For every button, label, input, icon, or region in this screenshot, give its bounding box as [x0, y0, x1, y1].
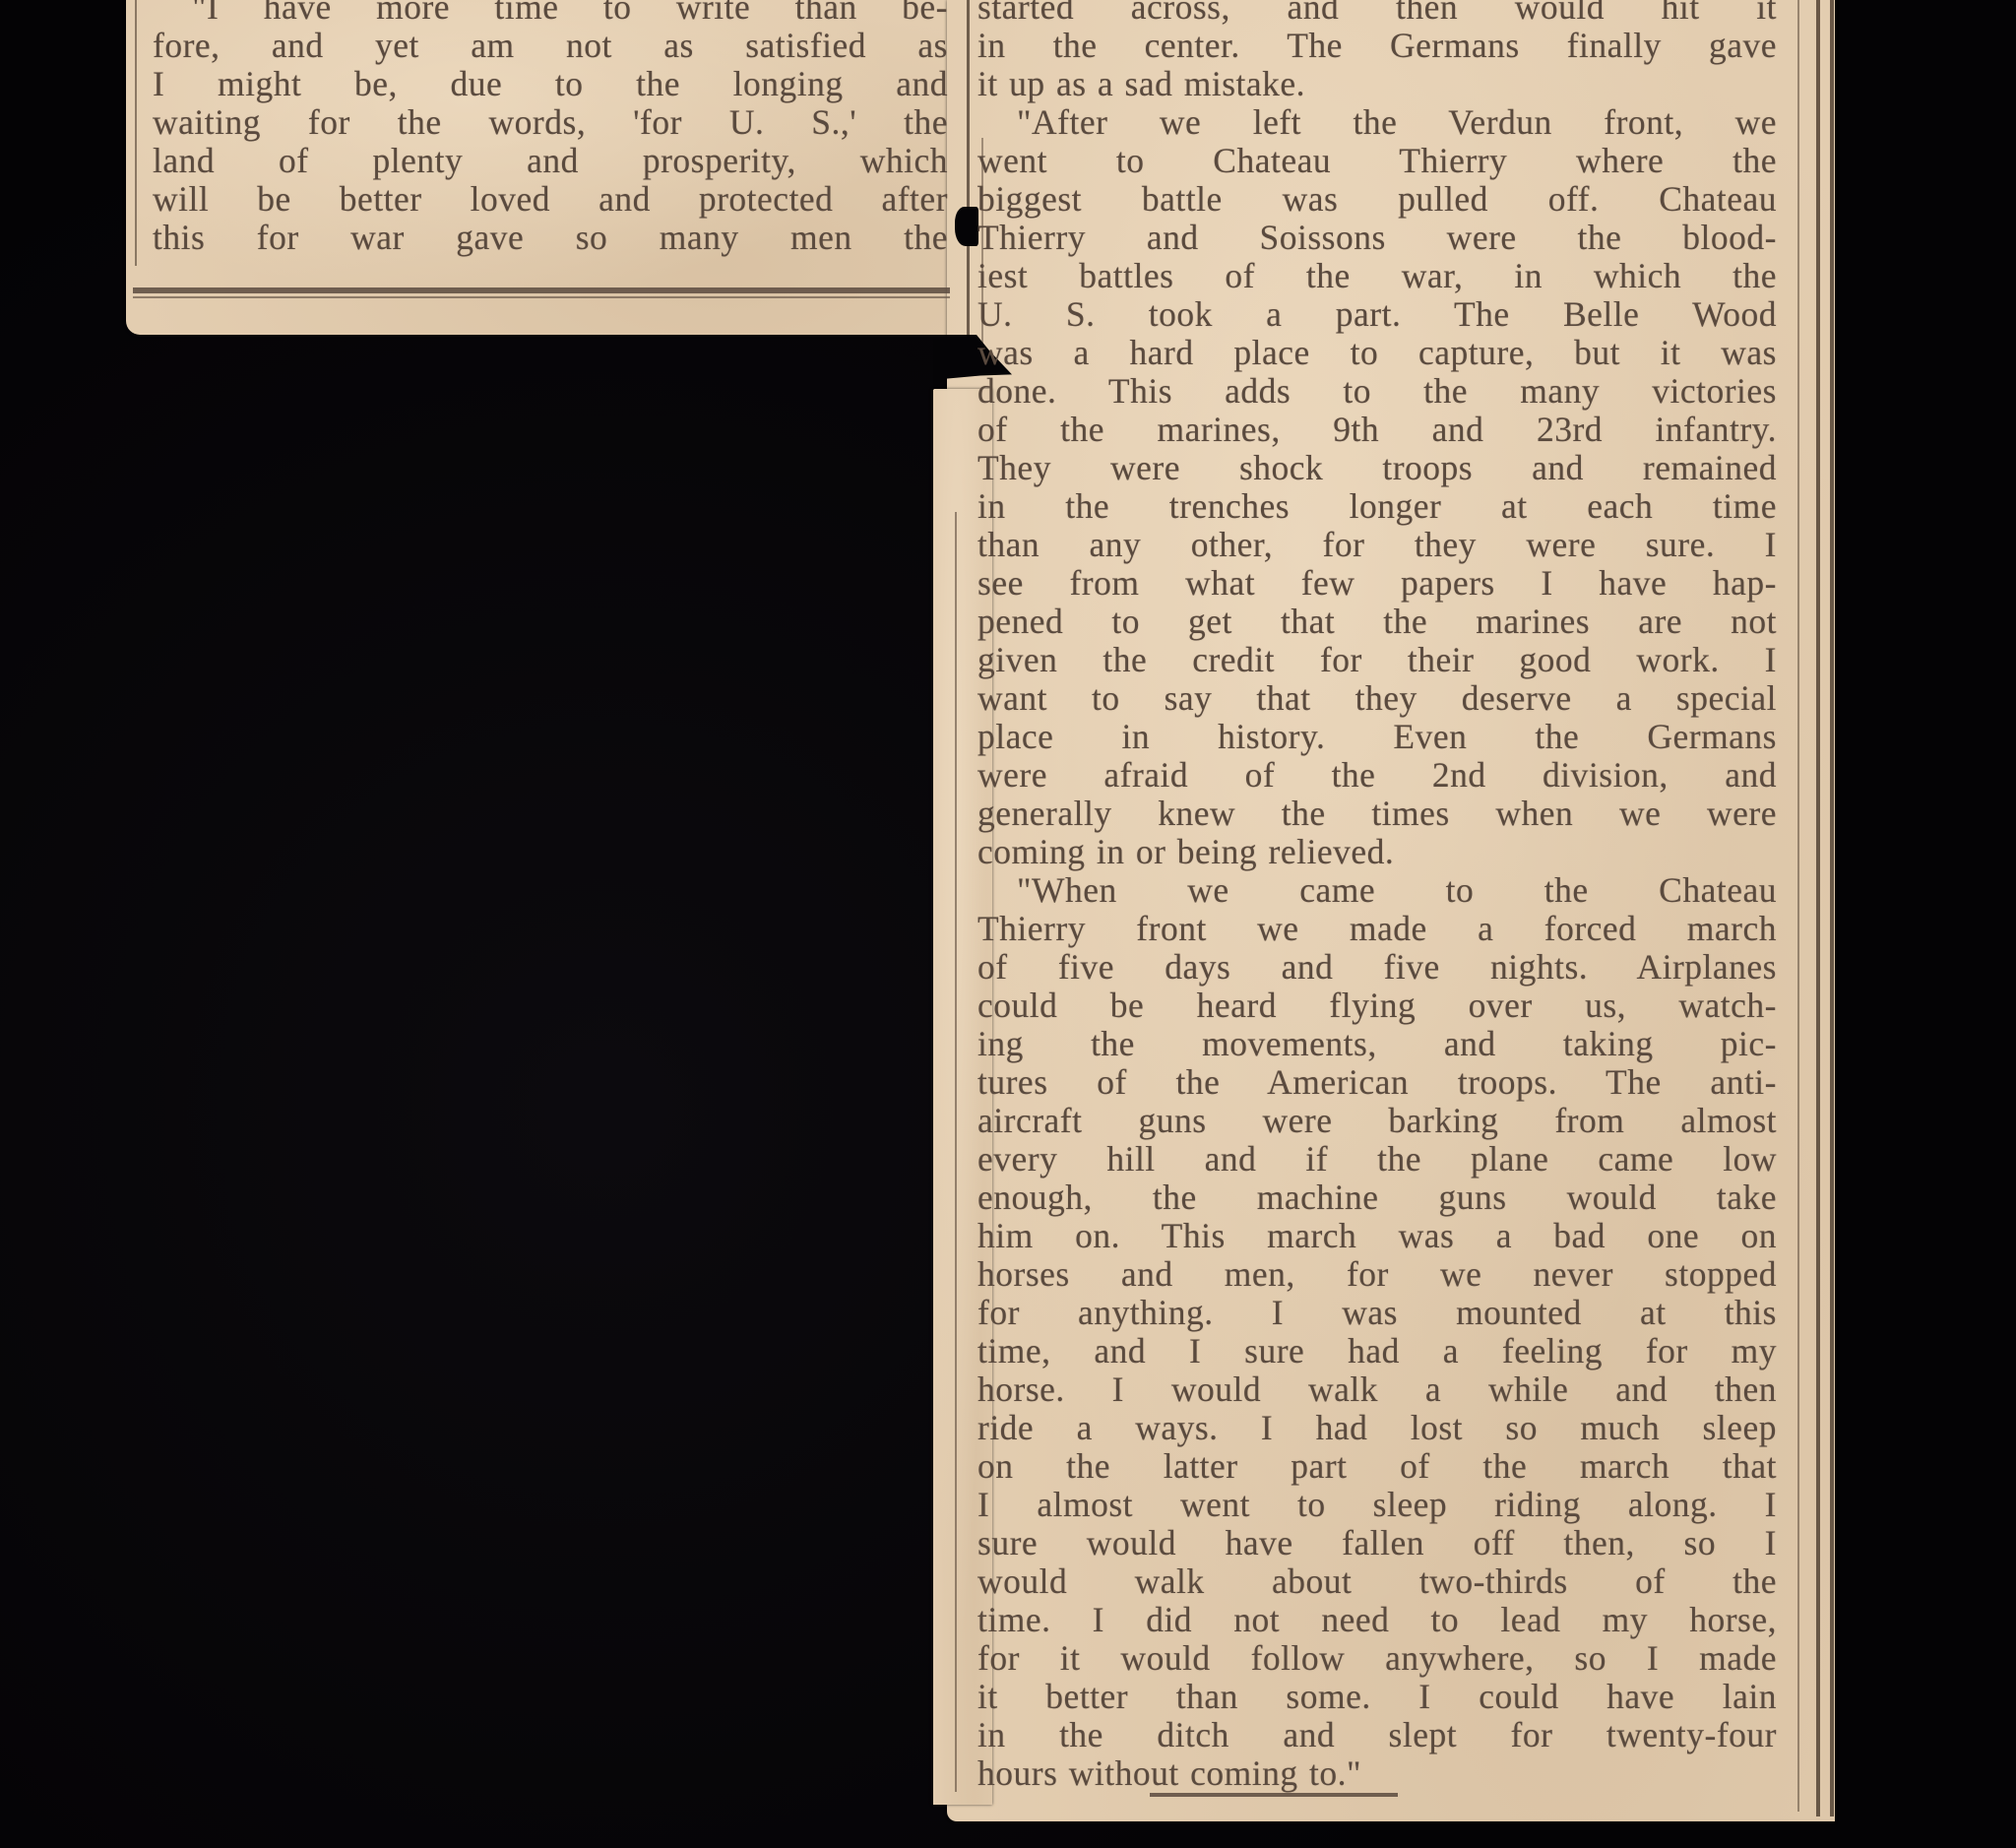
left-text-column: "I have more time to write than be-fore,… — [153, 0, 948, 257]
text-line: time. I did not need to lead my horse, — [977, 1601, 1777, 1639]
text-line: enough, the machine guns would take — [977, 1179, 1777, 1217]
text-line: place in history. Even the Germans — [977, 718, 1777, 756]
text-line: for it would follow anywhere, so I made — [977, 1639, 1777, 1678]
text-line: fore, and yet am not as satisfied as — [153, 27, 948, 65]
text-line: in the center. The Germans finally gave — [977, 27, 1777, 65]
article-end-double-rule — [133, 287, 950, 299]
right-rule-double-b — [1830, 0, 1834, 1816]
rule-thin-line — [133, 296, 950, 298]
text-line: for anything. I was mounted at this — [977, 1294, 1777, 1332]
text-line: went to Chateau Thierry where the — [977, 142, 1777, 180]
text-line: I might be, due to the longing and — [153, 65, 948, 103]
text-line: will be better loved and protected after — [153, 180, 948, 219]
text-line: time, and I sure had a feeling for my — [977, 1332, 1777, 1370]
text-line: pened to get that the marines are not — [977, 603, 1777, 641]
text-line: want to say that they deserve a special — [977, 679, 1777, 718]
text-line: hours without coming to." — [977, 1754, 1777, 1793]
text-line: coming in or being relieved. — [977, 833, 1777, 871]
text-line: horse. I would walk a while and then — [977, 1370, 1777, 1409]
article-end-rule — [1150, 1793, 1398, 1797]
text-line: "I have more time to write than be- — [153, 0, 948, 27]
text-line: see from what few papers I have hap- — [977, 564, 1777, 603]
text-line: tures of the American troops. The anti- — [977, 1063, 1777, 1102]
text-line: They were shock troops and remained — [977, 449, 1777, 487]
text-line: every hill and if the plane came low — [977, 1140, 1777, 1179]
text-line: it better than some. I could have lain — [977, 1678, 1777, 1716]
column-divider — [967, 0, 970, 350]
text-line: iest battles of the war, in which the — [977, 257, 1777, 295]
text-line: could be heard flying over us, watch- — [977, 987, 1777, 1025]
left-column-border — [135, 0, 137, 266]
text-line: "After we left the Verdun front, we — [977, 103, 1777, 142]
text-line: would walk about two-thirds of the — [977, 1562, 1777, 1601]
text-line: ing the movements, and taking pic- — [977, 1025, 1777, 1063]
text-line: land of plenty and prosperity, which — [153, 142, 948, 180]
right-column-border — [955, 512, 957, 1792]
text-line: biggest battle was pulled off. Chateau — [977, 180, 1777, 219]
text-line: Thierry front we made a forced march — [977, 910, 1777, 948]
text-line: were afraid of the 2nd division, and — [977, 756, 1777, 795]
text-line: aircraft guns were barking from almost — [977, 1102, 1777, 1140]
text-line: sure would have fallen off then, so I — [977, 1524, 1777, 1562]
text-line: this for war gave so many men the — [153, 219, 948, 257]
text-line: generally knew the times when we were — [977, 795, 1777, 833]
text-line: given the credit for their good work. I — [977, 641, 1777, 679]
text-line: of the marines, 9th and 23rd infantry. — [977, 411, 1777, 449]
ink-blot — [955, 207, 978, 246]
text-line: in the trenches longer at each time — [977, 487, 1777, 526]
text-line: in the ditch and slept for twenty-four — [977, 1716, 1777, 1754]
text-line: ride a ways. I had lost so much sleep — [977, 1409, 1777, 1447]
right-rule-double-a — [1816, 0, 1820, 1816]
text-line: I almost went to sleep riding along. I — [977, 1486, 1777, 1524]
text-line: was a hard place to capture, but it was — [977, 334, 1777, 372]
text-line: done. This adds to the many victories — [977, 372, 1777, 411]
text-line: started across, and then would hit it — [977, 0, 1777, 27]
text-line: him on. This march was a bad one on — [977, 1217, 1777, 1255]
text-line: Thierry and Soissons were the blood- — [977, 219, 1777, 257]
right-rule-thin — [1797, 0, 1799, 1812]
text-line: horses and men, for we never stopped — [977, 1255, 1777, 1294]
text-line: waiting for the words, 'for U. S.,' the — [153, 103, 948, 142]
text-line: on the latter part of the march that — [977, 1447, 1777, 1486]
text-line: U. S. took a part. The Belle Wood — [977, 295, 1777, 334]
rule-thick-line — [133, 287, 950, 293]
right-text-column: started across, and then would hit itin … — [977, 0, 1777, 1793]
text-line: of five days and five nights. Airplanes — [977, 948, 1777, 987]
text-line: than any other, for they were sure. I — [977, 526, 1777, 564]
text-line: it up as a sad mistake. — [977, 65, 1777, 103]
text-line: "When we came to the Chateau — [977, 871, 1777, 910]
